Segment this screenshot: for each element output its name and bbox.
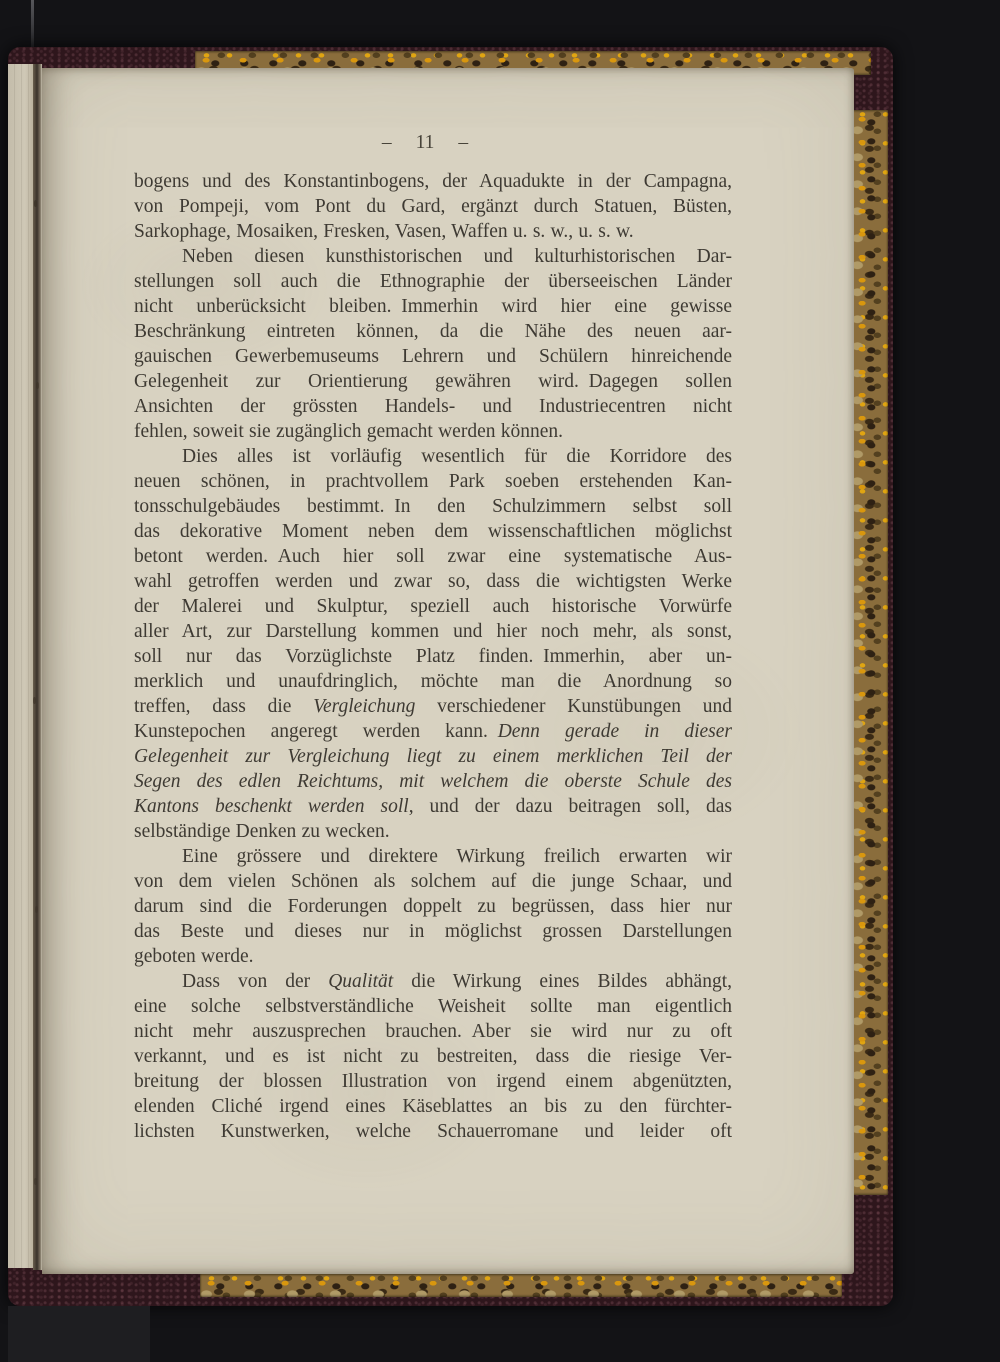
italic-text-segment: Segen des edlen Reichtums, mit welchem d… (134, 771, 732, 792)
text-line: Eine grössere und direktere Wirkung frei… (134, 844, 732, 869)
text-segment: gauischen Gewerbemuseums Lehrern und Sch… (134, 346, 732, 367)
text-line: breitung der blossen Illustration von ir… (134, 1069, 732, 1094)
text-line: treffen, dass die Vergleichung verschied… (134, 694, 732, 719)
text-line: Gelegenheit zur Orientierung gewähren wi… (134, 369, 732, 394)
text-segment: von dem vielen Schönen als solchem auf d… (134, 871, 732, 892)
italic-text-segment: Qualität (328, 971, 393, 992)
italic-text-segment: Gelegenheit zur Vergleichung liegt zu ei… (134, 746, 732, 767)
text-line: von dem vielen Schönen als solchem auf d… (134, 869, 732, 894)
text-segment: das Beste und dieses nur in möglichst gr… (134, 921, 732, 942)
text-segment: tonsschulgebäudes bestimmt. In den Schul… (134, 496, 732, 517)
page-number-dash-right: – (458, 133, 468, 153)
italic-text-segment: Denn gerade in dieser (498, 721, 732, 742)
text-segment: bogens und des Konstantinbogens, der Aqu… (134, 171, 732, 192)
text-segment: eine solche selbstverständliche Weisheit… (134, 996, 732, 1017)
text-segment: verschiedener Kunstübungen und (415, 696, 732, 717)
marbled-edge-bottom (200, 1274, 842, 1297)
text-line: selbständige Denken zu wecken. (134, 819, 732, 844)
body-text: bogens und des Konstantinbogens, der Aqu… (134, 169, 732, 1144)
text-segment: Beschränkung eintreten können, da die Nä… (134, 321, 732, 342)
text-line: eine solche selbstverständliche Weisheit… (134, 994, 732, 1019)
scanned-book-photo: – 11 – bogens und des Konstantinbogens, … (0, 0, 1000, 1362)
text-segment: der Malerei und Skulptur, speziell auch … (134, 596, 732, 617)
marbled-edge-right (851, 110, 888, 1195)
text-segment: von Pompeji, vom Pont du Gard, ergänzt d… (134, 196, 732, 217)
text-segment: Gelegenheit zur Orientierung gewähren wi… (134, 371, 732, 392)
scan-shadow (8, 1306, 150, 1362)
text-segment: soll nur das Vorzüglichste Platz finden.… (134, 646, 732, 667)
text-segment: wahl getroffen werden und zwar so, dass … (134, 571, 732, 592)
text-line: verkannt, und es ist nicht zu bestreiten… (134, 1044, 732, 1069)
text-segment: nicht mehr auszusprechen brauchen. Aber … (134, 1021, 732, 1042)
text-line: merklich und unaufdringlich, möchte man … (134, 669, 732, 694)
text-line: tonsschulgebäudes bestimmt. In den Schul… (134, 494, 732, 519)
text-line: fehlen, soweit sie zugänglich gemacht we… (134, 419, 732, 444)
text-segment: Ansichten der grössten Handels- und Indu… (134, 396, 732, 417)
text-segment: Eine grössere und direktere Wirkung frei… (182, 846, 732, 867)
text-segment: fehlen, soweit sie zugänglich gemacht we… (134, 421, 563, 442)
page-number-dash-left: – (382, 133, 392, 153)
text-segment: Dies alles ist vorläufig wesentlich für … (182, 446, 732, 467)
page-gutter (33, 64, 42, 1270)
text-segment: lichsten Kunstwerken, welche Schauerroma… (134, 1121, 732, 1142)
text-line: Kantons beschenkt werden soll, und der d… (134, 794, 732, 819)
text-line: nicht unberücksicht bleiben. Immerhin wi… (134, 294, 732, 319)
text-segment: darum sind die Forderungen doppelt zu be… (134, 896, 732, 917)
text-line: soll nur das Vorzüglichste Platz finden.… (134, 644, 732, 669)
text-segment: breitung der blossen Illustration von ir… (134, 1071, 732, 1092)
text-line: geboten werde. (134, 944, 732, 969)
text-segment: Kunstepochen angeregt werden kann. (134, 721, 498, 742)
text-line: lichsten Kunstwerken, welche Schauerroma… (134, 1119, 732, 1144)
text-line: Dass von der Qualität die Wirkung eines … (134, 969, 732, 994)
text-line: der Malerei und Skulptur, speziell auch … (134, 594, 732, 619)
text-segment: nicht unberücksicht bleiben. Immerhin wi… (134, 296, 732, 317)
text-line: das Beste und dieses nur in möglichst gr… (134, 919, 732, 944)
text-line: Gelegenheit zur Vergleichung liegt zu ei… (134, 744, 732, 769)
text-line: Kunstepochen angeregt werden kann. Denn … (134, 719, 732, 744)
text-segment: aller Art, zur Darstellung kommen und hi… (134, 621, 732, 642)
text-segment: das dekorative Moment neben dem wissensc… (134, 521, 732, 542)
text-segment: geboten werde. (134, 946, 254, 967)
text-line: wahl getroffen werden und zwar so, dass … (134, 569, 732, 594)
text-line: nicht mehr auszusprechen brauchen. Aber … (134, 1019, 732, 1044)
text-line: gauischen Gewerbemuseums Lehrern und Sch… (134, 344, 732, 369)
text-segment: die Wirkung eines Bildes abhängt, (393, 971, 732, 992)
text-line: Beschränkung eintreten können, da die Nä… (134, 319, 732, 344)
text-line: Dies alles ist vorläufig wesentlich für … (134, 444, 732, 469)
page-number-value: 11 (416, 133, 435, 153)
text-segment: , und der dazu beitragen soll, das (409, 796, 732, 817)
text-segment: betont werden. Auch hier soll zwar eine … (134, 546, 732, 567)
text-line: elenden Cliché irgend eines Käseblattes … (134, 1094, 732, 1119)
text-segment: neuen schönen, in prachtvollem Park soeb… (134, 471, 732, 492)
gutter-speck-marks (34, 200, 37, 207)
text-line: Segen des edlen Reichtums, mit welchem d… (134, 769, 732, 794)
text-line: aller Art, zur Darstellung kommen und hi… (134, 619, 732, 644)
text-segment: Sarkophage, Mosaiken, Fresken, Vasen, Wa… (134, 221, 634, 242)
text-line: das dekorative Moment neben dem wissensc… (134, 519, 732, 544)
page-number: – 11 – (19, 133, 831, 153)
text-line: stellungen soll auch die Ethnographie de… (134, 269, 732, 294)
text-line: neuen schönen, in prachtvollem Park soeb… (134, 469, 732, 494)
italic-text-segment: Vergleichung (313, 696, 415, 717)
text-line: bogens und des Konstantinbogens, der Aqu… (134, 169, 732, 194)
text-segment: verkannt, und es ist nicht zu bestreiten… (134, 1046, 732, 1067)
text-segment: elenden Cliché irgend eines Käseblattes … (134, 1096, 732, 1117)
italic-text-segment: Kantons beschenkt werden soll (134, 796, 409, 817)
text-segment: Dass von der (182, 971, 328, 992)
text-segment: treffen, dass die (134, 696, 313, 717)
text-line: darum sind die Forderungen doppelt zu be… (134, 894, 732, 919)
board-edge-line (31, 0, 34, 50)
text-line: Ansichten der grössten Handels- und Indu… (134, 394, 732, 419)
text-line: Neben diesen kunsthistorischen und kultu… (134, 244, 732, 269)
text-line: Sarkophage, Mosaiken, Fresken, Vasen, Wa… (134, 219, 732, 244)
text-segment: stellungen soll auch die Ethnographie de… (134, 271, 732, 292)
text-segment: merklich und unaufdringlich, möchte man … (134, 671, 732, 692)
book-page: – 11 – bogens und des Konstantinbogens, … (42, 68, 854, 1274)
text-segment: Neben diesen kunsthistorischen und kultu… (182, 246, 732, 267)
text-line: von Pompeji, vom Pont du Gard, ergänzt d… (134, 194, 732, 219)
text-segment: selbständige Denken zu wecken. (134, 821, 390, 842)
text-line: betont werden. Auch hier soll zwar eine … (134, 544, 732, 569)
